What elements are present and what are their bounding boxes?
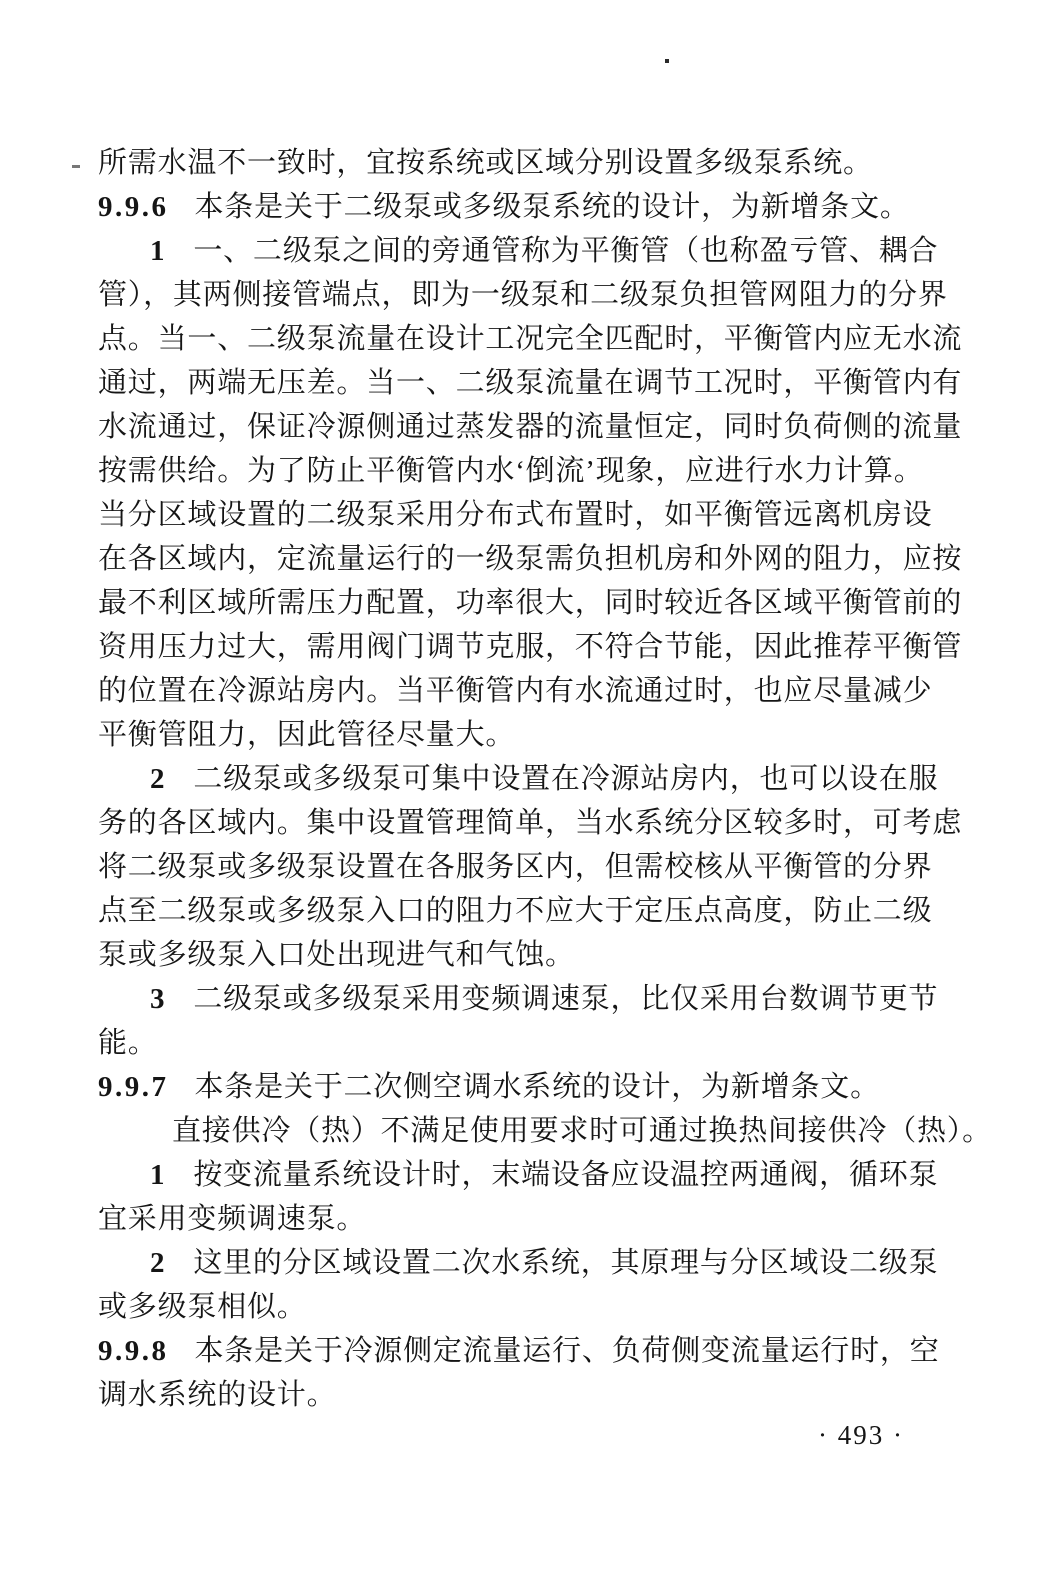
line-text: 二级泵或多级泵可集中设置在冷源站房内，也可以设在服	[193, 763, 938, 795]
line-text: 点。当一、二级泵流量在设计工况完全匹配时，平衡管内应无水流	[98, 323, 962, 355]
text-line: 2二级泵或多级泵可集中设置在冷源站房内，也可以设在服	[98, 757, 938, 801]
text-line: 泵或多级泵入口处出现进气和气蚀。	[98, 933, 938, 977]
clause-number: 1	[150, 1159, 165, 1191]
text-line: 平衡管阻力，因此管径尽量大。	[98, 713, 938, 757]
text-line: 管），其两侧接管端点，即为一级泵和二级泵负担管网阻力的分界	[98, 273, 938, 317]
line-text: 在各区域内，定流量运行的一级泵需负担机房和外网的阻力，应按	[98, 543, 962, 575]
body-text-block: 所需水温不一致时，宜按系统或区域分别设置多级泵系统。 9.9.6本条是关于二级泵…	[98, 141, 938, 1417]
clause-number: 2	[150, 763, 165, 795]
line-text: 资用压力过大，需用阀门调节克服，不符合节能，因此推荐平衡管	[98, 631, 962, 663]
line-text: 本条是关于冷源侧定流量运行、负荷侧变流量运行时，空	[195, 1335, 940, 1367]
text-line: 最不利区域所需压力配置，功率很大，同时较近各区域平衡管前的	[98, 581, 938, 625]
text-line: 调水系统的设计。	[98, 1373, 938, 1417]
line-text: 本条是关于二次侧空调水系统的设计，为新增条文。	[195, 1071, 880, 1103]
document-page: 所需水温不一致时，宜按系统或区域分别设置多级泵系统。 9.9.6本条是关于二级泵…	[0, 0, 1056, 1589]
line-text: 按变流量系统设计时，末端设备应设温控两通阀，循环泵	[193, 1159, 938, 1191]
line-text: 二级泵或多级泵采用变频调速泵，比仅采用台数调节更节	[193, 983, 938, 1015]
line-text: 点至二级泵或多级泵入口的阻力不应大于定压点高度，防止二级	[98, 895, 932, 927]
clause-number: 9.9.6	[98, 191, 169, 223]
text-line: 务的各区域内。集中设置管理简单，当水系统分区较多时，可考虑	[98, 801, 938, 845]
line-text: 泵或多级泵入口处出现进气和气蚀。	[98, 939, 575, 971]
line-text: 直接供冷（热）不满足使用要求时可通过换热间接供冷（热）。	[172, 1115, 992, 1147]
text-line: 当分区域设置的二级泵采用分布式布置时，如平衡管远离机房设	[98, 493, 938, 537]
clause-number: 9.9.8	[98, 1335, 169, 1367]
text-line: 2这里的分区域设置二次水系统，其原理与分区域设二级泵	[98, 1241, 938, 1285]
line-text: 本条是关于二级泵或多级泵系统的设计，为新增条文。	[195, 191, 910, 223]
text-line: 点至二级泵或多级泵入口的阻力不应大于定压点高度，防止二级	[98, 889, 938, 933]
text-line: 按需供给。为了防止平衡管内水‘倒流’现象，应进行水力计算。	[98, 449, 938, 493]
text-line: 所需水温不一致时，宜按系统或区域分别设置多级泵系统。	[98, 141, 938, 185]
line-text: 最不利区域所需压力配置，功率很大，同时较近各区域平衡管前的	[98, 587, 962, 619]
line-text: 水流通过，保证冷源侧通过蒸发器的流量恒定，同时负荷侧的流量	[98, 411, 962, 443]
text-line: 水流通过，保证冷源侧通过蒸发器的流量恒定，同时负荷侧的流量	[98, 405, 938, 449]
line-text: 将二级泵或多级泵设置在各服务区内，但需校核从平衡管的分界	[98, 851, 932, 883]
line-text: 当分区域设置的二级泵采用分布式布置时，如平衡管远离机房设	[98, 499, 932, 531]
clause-number: 1	[150, 235, 165, 267]
clause-number: 3	[150, 983, 165, 1015]
text-line: 资用压力过大，需用阀门调节克服，不符合节能，因此推荐平衡管	[98, 625, 938, 669]
text-line: 能。	[98, 1021, 938, 1065]
line-text: 宜采用变频调速泵。	[98, 1203, 366, 1235]
scan-mark	[72, 165, 80, 168]
text-line: 3二级泵或多级泵采用变频调速泵，比仅采用台数调节更节	[98, 977, 938, 1021]
clause-number: 9.9.7	[98, 1071, 169, 1103]
line-text: 平衡管阻力，因此管径尽量大。	[98, 719, 515, 751]
line-text: 能。	[98, 1027, 158, 1059]
line-text: 这里的分区域设置二次水系统，其原理与分区域设二级泵	[193, 1247, 938, 1279]
text-line: 将二级泵或多级泵设置在各服务区内，但需校核从平衡管的分界	[98, 845, 938, 889]
text-line: 通过，两端无压差。当一、二级泵流量在调节工况时，平衡管内有	[98, 361, 938, 405]
scan-speck	[665, 59, 669, 63]
text-line: 直接供冷（热）不满足使用要求时可通过换热间接供冷（热）。	[98, 1109, 938, 1153]
line-text: 通过，两端无压差。当一、二级泵流量在调节工况时，平衡管内有	[98, 367, 962, 399]
text-line: 1按变流量系统设计时，末端设备应设温控两通阀，循环泵	[98, 1153, 938, 1197]
line-text: 的位置在冷源站房内。当平衡管内有水流通过时，也应尽量减少	[98, 675, 932, 707]
text-line: 的位置在冷源站房内。当平衡管内有水流通过时，也应尽量减少	[98, 669, 938, 713]
clause-number: 2	[150, 1247, 165, 1279]
page-number: · 493 ·	[818, 1418, 904, 1452]
text-line: 9.9.8本条是关于冷源侧定流量运行、负荷侧变流量运行时，空	[98, 1329, 938, 1373]
text-line: 在各区域内，定流量运行的一级泵需负担机房和外网的阻力，应按	[98, 537, 938, 581]
line-text: 管），其两侧接管端点，即为一级泵和二级泵负担管网阻力的分界	[98, 279, 948, 311]
line-text: 按需供给。为了防止平衡管内水‘倒流’现象，应进行水力计算。	[98, 455, 924, 487]
text-line: 9.9.6本条是关于二级泵或多级泵系统的设计，为新增条文。	[98, 185, 938, 229]
text-line: 点。当一、二级泵流量在设计工况完全匹配时，平衡管内应无水流	[98, 317, 938, 361]
text-line: 9.9.7本条是关于二次侧空调水系统的设计，为新增条文。	[98, 1065, 938, 1109]
line-text: 调水系统的设计。	[98, 1379, 336, 1411]
line-text: 一、二级泵之间的旁通管称为平衡管（也称盈亏管、耦合	[193, 235, 938, 267]
line-text: 所需水温不一致时，宜按系统或区域分别设置多级泵系统。	[98, 147, 873, 179]
text-line: 宜采用变频调速泵。	[98, 1197, 938, 1241]
text-line: 或多级泵相似。	[98, 1285, 938, 1329]
line-text: 务的各区域内。集中设置管理简单，当水系统分区较多时，可考虑	[98, 807, 962, 839]
line-text: 或多级泵相似。	[98, 1291, 307, 1323]
text-line: 1一、二级泵之间的旁通管称为平衡管（也称盈亏管、耦合	[98, 229, 938, 273]
